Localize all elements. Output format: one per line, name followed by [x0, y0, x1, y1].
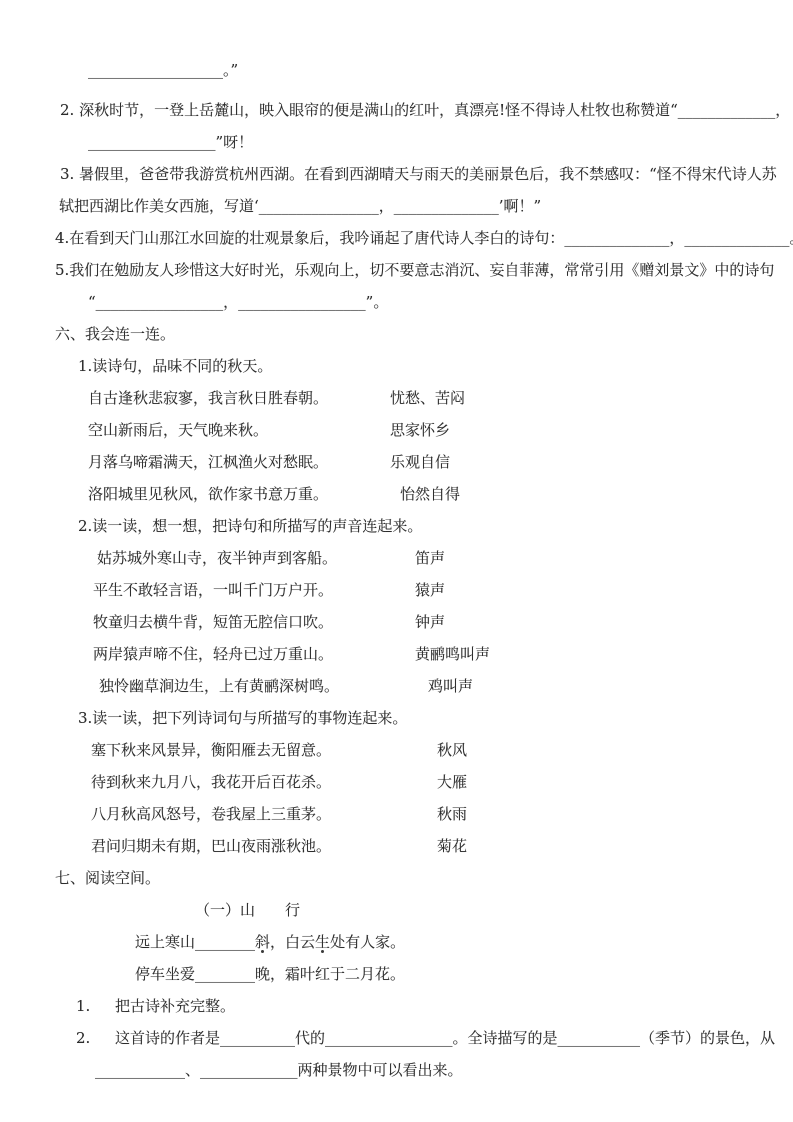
question-text: 这首诗的作者是__________代的_________________。全诗描… [115, 1029, 775, 1047]
match-row: 待到秋来九月八，我花开后百花杀。 大雁 [0, 766, 793, 798]
question-number: 1. [76, 990, 90, 1022]
continuation-blank-line: __________________。” [0, 54, 793, 86]
emphasized-char: 生 [315, 933, 330, 951]
reading-poem-title: （一）山 行 [0, 894, 793, 926]
match-row: 八月秋高风怒号，卷我屋上三重茅。 秋雨 [0, 798, 793, 830]
question-3-line-2: 轼把西湖比作美女西施，写道‘________________，_________… [0, 190, 793, 222]
poem-prefix: 停车坐爱 [135, 965, 195, 983]
poem-suffix: 晚，霜叶红于二月花。 [255, 965, 405, 983]
match-option: 秋风 [437, 734, 467, 766]
section-6-part-1-title: 1.读诗句，品味不同的秋天。 [0, 350, 793, 382]
poem-middle: ，白云 [270, 933, 315, 951]
poem-prefix: 远上寒山 [135, 933, 195, 951]
section-7-title: 七、阅读空间。 [0, 862, 793, 894]
poem-text: 空山新雨后，天气晚来秋。 [88, 421, 268, 439]
question-number: 2. [76, 1022, 90, 1054]
question-5-line-1: 5.我们在勉励友人珍惜这大好时光，乐观向上，切不要意志消沉、妄自菲薄，常常引用《… [0, 254, 793, 286]
match-row: 独怜幽草涧边生，上有黄鹂深树鸣。 鸡叫声 [0, 670, 793, 702]
match-row: 牧童归去横牛背，短笛无腔信口吹。 钟声 [0, 606, 793, 638]
poem-text: 君问归期未有期，巴山夜雨涨秋池。 [91, 837, 331, 855]
match-option: 秋雨 [437, 798, 467, 830]
question-2-line-2: _________________”呀！ [0, 126, 793, 158]
reading-poem-line-2: 停车坐爱________晚，霜叶红于二月花。 [0, 958, 793, 990]
question-3-line-1: 3. 暑假里，爸爸带我游赏杭州西湖。在看到西湖晴天与雨天的美丽景色后，我不禁感叹… [0, 158, 793, 190]
match-option: 钟声 [415, 606, 445, 638]
match-row: 姑苏城外寒山寺，夜半钟声到客船。 笛声 [0, 542, 793, 574]
reading-question-2-line-1: 2. 这首诗的作者是__________代的_________________。… [0, 1022, 793, 1054]
poem-text: 待到秋来九月八，我花开后百花杀。 [91, 773, 331, 791]
poem-text: 两岸猿声啼不住，轻舟已过万重山。 [93, 645, 333, 663]
question-4-line: 4.在看到天门山那江水回旋的壮观景象后，我吟诵起了唐代诗人李白的诗句：_____… [0, 222, 793, 254]
reading-question-1: 1. 把古诗补充完整。 [0, 990, 793, 1022]
poem-text: 月落乌啼霜满天，江枫渔火对愁眠。 [88, 453, 328, 471]
poem-text: 洛阳城里见秋风，欲作家书意万重。 [88, 485, 328, 503]
worksheet-page: __________________。” 2. 深秋时节，一登上岳麓山，映入眼帘… [0, 0, 793, 1122]
answer-blank: ________ [195, 965, 255, 983]
match-row: 两岸猿声啼不住，轻舟已过万重山。 黄鹂鸣叫声 [0, 638, 793, 670]
match-row: 平生不敢轻言语，一叫千门万户开。 猿声 [0, 574, 793, 606]
poem-text: 姑苏城外寒山寺，夜半钟声到客船。 [97, 549, 337, 567]
match-option: 乐观自信 [390, 446, 450, 478]
poem-text: 独怜幽草涧边生，上有黄鹂深树鸣。 [99, 677, 339, 695]
emphasized-char: 斜 [255, 933, 270, 951]
poem-text: 八月秋高风怒号，卷我屋上三重茅。 [91, 805, 331, 823]
match-option: 鸡叫声 [428, 670, 473, 702]
poem-text: 塞下秋来风景异，衡阳雁去无留意。 [91, 741, 331, 759]
poem-text: 平生不敢轻言语，一叫千门万户开。 [93, 581, 333, 599]
question-text: 把古诗补充完整。 [115, 997, 235, 1015]
poem-text: 自古逢秋悲寂寥，我言秋日胜春朝。 [88, 389, 328, 407]
match-option: 忧愁、苦闷 [390, 382, 465, 414]
match-row: 塞下秋来风景异，衡阳雁去无留意。 秋风 [0, 734, 793, 766]
match-row: 空山新雨后，天气晚来秋。 思家怀乡 [0, 414, 793, 446]
match-option: 菊花 [437, 830, 467, 862]
question-2-line-1: 2. 深秋时节，一登上岳麓山，映入眼帘的便是满山的红叶，真漂亮!怪不得诗人杜牧也… [0, 94, 793, 126]
poem-suffix: 处有人家。 [330, 933, 405, 951]
section-6-part-3-title: 3.读一读，把下列诗词句与所描写的事物连起来。 [0, 702, 793, 734]
match-row: 月落乌啼霜满天，江枫渔火对愁眠。 乐观自信 [0, 446, 793, 478]
match-row: 洛阳城里见秋风，欲作家书意万重。 怡然自得 [0, 478, 793, 510]
match-option: 思家怀乡 [390, 414, 450, 446]
match-option: 黄鹂鸣叫声 [415, 638, 490, 670]
match-row: 自古逢秋悲寂寥，我言秋日胜春朝。 忧愁、苦闷 [0, 382, 793, 414]
section-6-part-2-title: 2.读一读，想一想，把诗句和所描写的声音连起来。 [0, 510, 793, 542]
answer-blank: ________ [195, 933, 255, 951]
reading-poem-line-1: 远上寒山________斜，白云生处有人家。 [0, 926, 793, 958]
match-option: 笛声 [415, 542, 445, 574]
match-option: 大雁 [437, 766, 467, 798]
poem-text: 牧童归去横牛背，短笛无腔信口吹。 [93, 613, 333, 631]
match-option: 怡然自得 [400, 478, 460, 510]
section-6-title: 六、我会连一连。 [0, 318, 793, 350]
question-5-line-2: “_________________，_________________”。 [0, 286, 793, 318]
reading-question-2-line-2: ____________、_____________两种景物中可以看出来。 [0, 1054, 793, 1086]
match-row: 君问归期未有期，巴山夜雨涨秋池。 菊花 [0, 830, 793, 862]
match-option: 猿声 [415, 574, 445, 606]
